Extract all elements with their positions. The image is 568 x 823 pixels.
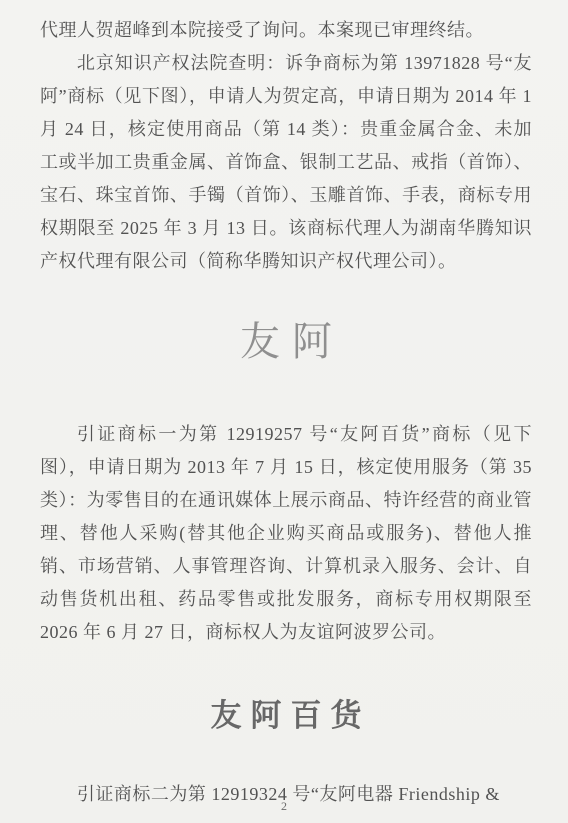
page-number: 2 <box>0 799 568 813</box>
paragraph-cited-trademark-1: 引证商标一为第 12919257 号“友阿百货”商标（见下图），申请日期为 20… <box>40 418 532 649</box>
trademark-image-youa-department-store: 友阿百货 <box>40 697 532 735</box>
document-page: 代理人贺超峰到本院接受了询问。本案现已审理终结。 北京知识产权法院查明：诉争商标… <box>0 0 568 823</box>
paragraph-case-conclusion: 代理人贺超峰到本院接受了询问。本案现已审理终结。 <box>40 14 532 47</box>
paragraph-disputed-trademark-findings: 北京知识产权法院查明：诉争商标为第 13971828 号“友阿”商标（见下图），… <box>40 47 532 278</box>
trademark-image-youa: 友阿 <box>40 318 532 366</box>
